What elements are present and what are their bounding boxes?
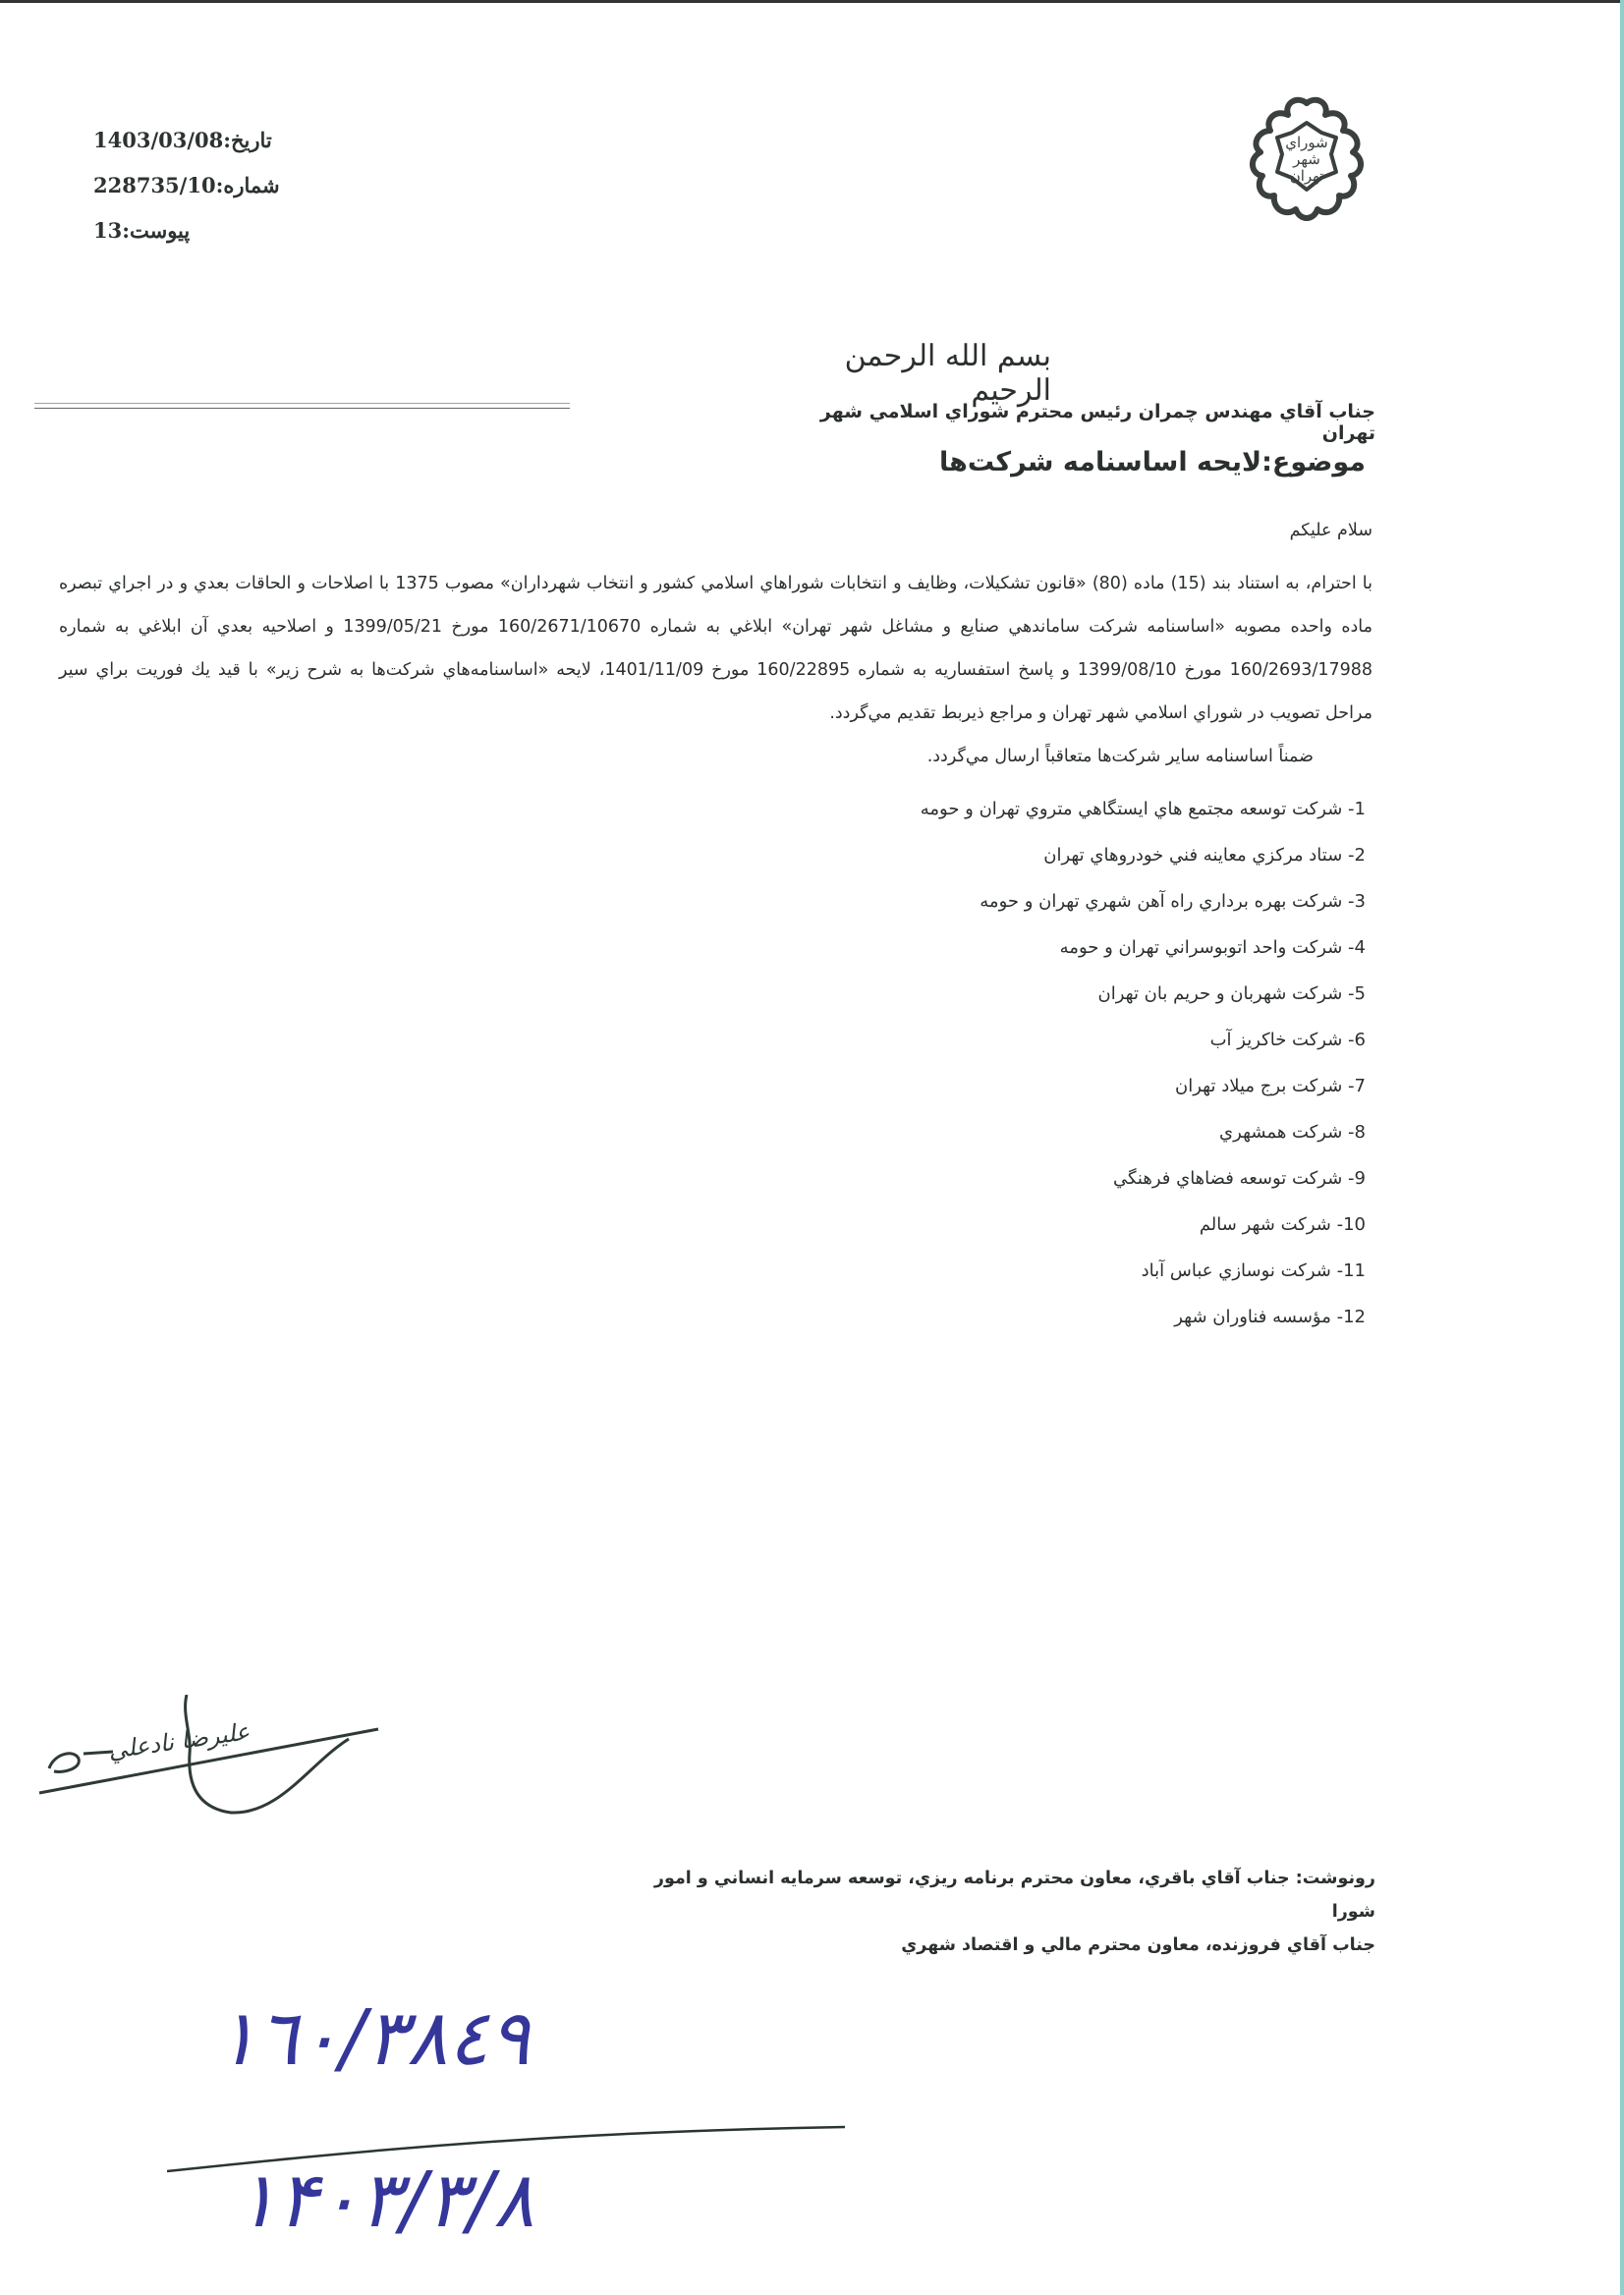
number-label: شماره: — [216, 163, 280, 208]
list-item: 1- شركت توسعه مجتمع هاي ايستگاهي متروي ت… — [688, 786, 1366, 832]
bismillah-heading: بسم الله الرحمن الرحيم — [766, 339, 1051, 408]
number-row: شماره: 228735/10 — [93, 163, 270, 208]
main-paragraph: با احترام، به استناد بند (15) ماده (80) … — [59, 562, 1372, 735]
list-item: 11- شركت نوسازي عباس آباد — [688, 1248, 1366, 1294]
handwritten-registration: ١٦٠/٣٨٤٩ ١۴٠٣/٣/٨ — [157, 1975, 865, 2260]
scan-edge-top — [0, 0, 1624, 3]
list-item: 12- مؤسسه فناوران شهر — [688, 1294, 1366, 1340]
scan-divider-line — [34, 403, 570, 409]
list-item: 8- شركت همشهري — [688, 1109, 1366, 1155]
list-item: 2- ستاد مركزي معاينه فني خودروهاي تهران — [688, 832, 1366, 878]
note-paragraph: ضمناً اساسنامه ساير شركت‌ها متعاقباً ارس… — [59, 735, 1372, 778]
svg-text:شهر: شهر — [1292, 150, 1320, 168]
scan-edge-right — [1620, 0, 1624, 2295]
attachment-value: 13 — [93, 208, 122, 253]
handwritten-date: ١۴٠٣/٣/٨ — [236, 2156, 534, 2245]
svg-text:شوراي: شوراي — [1285, 134, 1327, 151]
subject-label: موضوع: — [1261, 447, 1366, 477]
attachment-label: پيوست: — [122, 208, 190, 253]
subject-line: موضوع:لايحه اساسنامه شركت‌ها — [884, 447, 1366, 477]
signature: عليرضا نادعلي — [34, 1695, 427, 1842]
list-item: 3- شركت بهره برداري راه آهن شهري تهران و… — [688, 878, 1366, 924]
cc-line-1: رونوشت: جناب آقاي باقري، معاون محترم برن… — [619, 1862, 1375, 1929]
list-item: 5- شركت شهربان و حريم بان تهران — [688, 971, 1366, 1017]
date-row: تاريخ: 1403/03/08 — [93, 118, 270, 163]
svg-text:تهران: تهران — [1290, 167, 1324, 185]
date-value: 1403/03/08 — [93, 118, 223, 163]
letter-body: سلام عليكم با احترام، به استناد بند (15)… — [59, 521, 1372, 778]
list-item: 6- شركت خاكريز آب — [688, 1017, 1366, 1063]
list-item: 10- شركت شهر سالم — [688, 1202, 1366, 1248]
list-item: 9- شركت توسعه فضاهاي فرهنگي — [688, 1155, 1366, 1202]
subject-value: لايحه اساسنامه شركت‌ها — [939, 447, 1261, 477]
attachment-row: پيوست: 13 — [93, 208, 270, 253]
tehran-council-emblem-icon: شوراي شهر تهران — [1223, 93, 1390, 236]
list-item: 4- شركت واحد اتوبوسراني تهران و حومه — [688, 924, 1366, 971]
cc-block: رونوشت: جناب آقاي باقري، معاون محترم برن… — [619, 1862, 1375, 1962]
addressee-line: جناب آقاي مهندس چمران رئيس محترم شوراي ا… — [766, 401, 1375, 444]
list-item: 7- شركت برج ميلاد تهران — [688, 1063, 1366, 1109]
letter-meta: تاريخ: 1403/03/08 شماره: 228735/10 پيوست… — [93, 118, 270, 253]
number-value: 228735/10 — [93, 163, 216, 208]
date-label: تاريخ: — [223, 118, 272, 163]
greeting: سلام عليكم — [59, 521, 1372, 540]
companies-list: 1- شركت توسعه مجتمع هاي ايستگاهي متروي ت… — [688, 786, 1366, 1340]
cc-line-2: جناب آقاي فروزنده، معاون محترم مالي و اق… — [619, 1929, 1375, 1962]
